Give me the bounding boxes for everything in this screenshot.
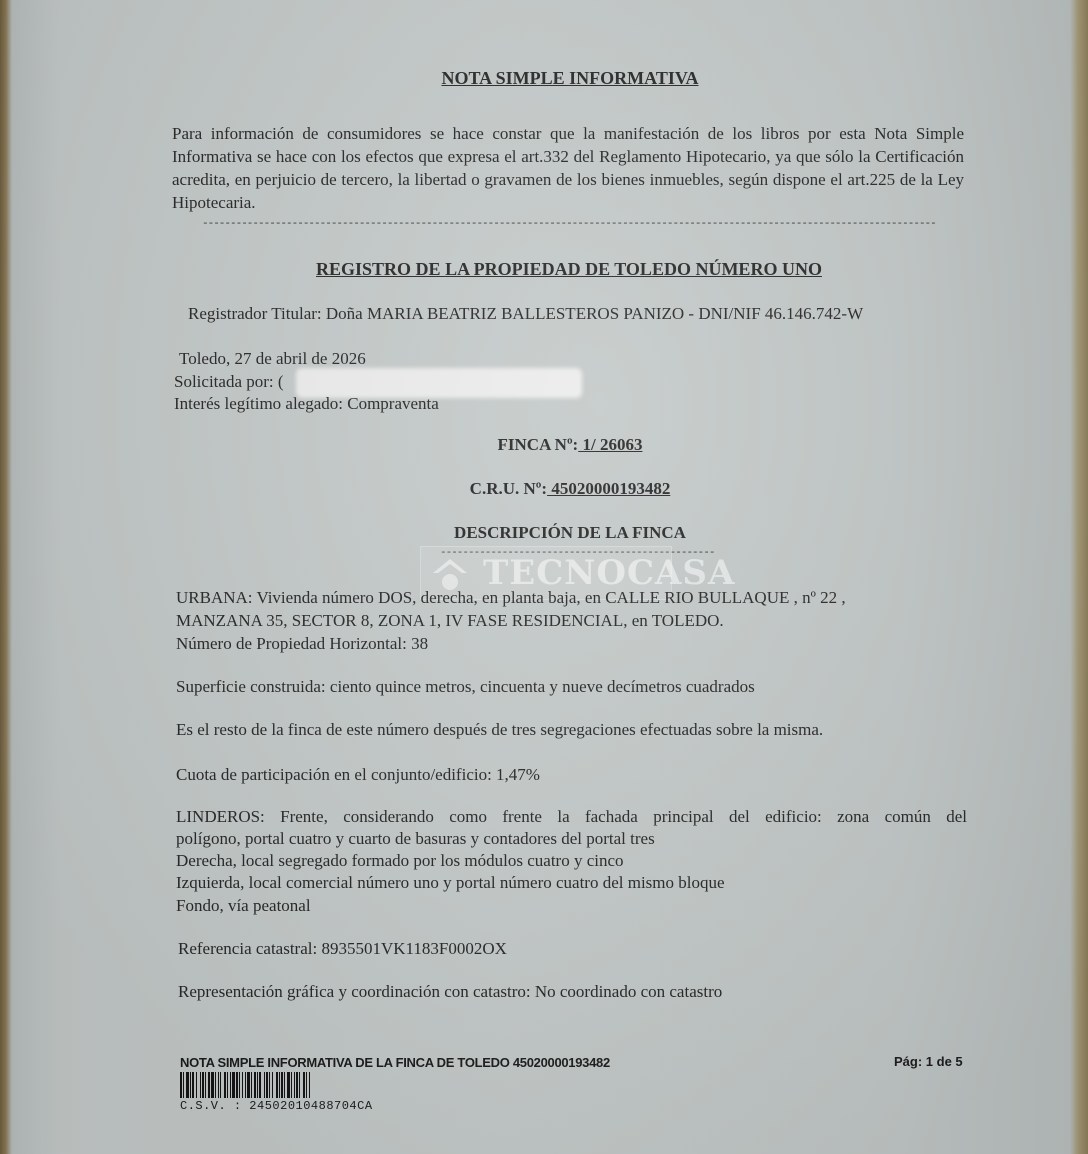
legitimate-interest-line: Interés legítimo alegado: Compraventa — [174, 394, 439, 414]
registrar-line: Registrador Titular: Doña MARIA BEATRIZ … — [188, 304, 863, 324]
requested-by-label: Solicitada por: ( — [174, 372, 284, 392]
finca-label: FINCA Nº: — [498, 435, 579, 454]
document-title: NOTA SIMPLE INFORMATIVA — [0, 68, 1088, 89]
cru-value: 45020000193482 — [547, 479, 670, 498]
cadastral-reference: Referencia catastral: 8935501VK1183F0002… — [178, 939, 507, 959]
barcode-bar — [310, 1072, 311, 1098]
date-line: Toledo, 27 de abril de 2026 — [179, 349, 366, 369]
document-page: NOTA SIMPLE INFORMATIVA Para información… — [0, 0, 1088, 1154]
boundaries-left: Izquierda, local comercial número uno y … — [176, 873, 725, 893]
separator-line: ----------------------------------------… — [202, 218, 937, 226]
boundaries-back: Fondo, vía peatonal — [176, 896, 311, 916]
horizontal-property-line: Número de Propiedad Horizontal: 38 — [176, 634, 428, 654]
boundaries-line-2: polígono, portal cuatro y cuarto de basu… — [176, 829, 655, 849]
boundaries-line-1: LINDEROS: Frente, considerando como fren… — [176, 807, 967, 827]
cru-number: C.R.U. Nº: 45020000193482 — [0, 479, 1088, 499]
built-area-line: Superficie construida: ciento quince met… — [176, 677, 755, 697]
consumer-notice-paragraph: Para información de consumidores se hace… — [172, 122, 964, 214]
boundaries-right: Derecha, local segregado formado por los… — [176, 851, 624, 871]
watermark-text: TECNOCASA — [483, 553, 735, 593]
share-line: Cuota de participación en el conjunto/ed… — [176, 765, 540, 785]
remainder-line: Es el resto de la finca de este número d… — [176, 720, 823, 740]
urbana-line-1: URBANA: Vivienda número DOS, derecha, en… — [176, 588, 846, 608]
cadastral-coordination: Representación gráfica y coordinación co… — [178, 982, 722, 1002]
description-title: DESCRIPCIÓN DE LA FINCA — [0, 523, 1088, 543]
cru-label: C.R.U. Nº: — [470, 479, 547, 498]
footer-title: NOTA SIMPLE INFORMATIVA DE LA FINCA DE T… — [180, 1055, 610, 1070]
house-logo-icon — [431, 557, 469, 591]
urbana-line-2: MANZANA 35, SECTOR 8, ZONA 1, IV FASE RE… — [176, 611, 724, 631]
finca-value: 1/ 26063 — [578, 435, 642, 454]
page-number: Pág: 1 de 5 — [894, 1054, 963, 1069]
barcode-icon — [180, 1072, 456, 1098]
finca-number: FINCA Nº: 1/ 26063 — [0, 435, 1088, 455]
registry-title: REGISTRO DE LA PROPIEDAD DE TOLEDO NÚMER… — [0, 259, 1088, 280]
csv-code: C.S.V. : 24502010488704CA — [180, 1099, 373, 1113]
